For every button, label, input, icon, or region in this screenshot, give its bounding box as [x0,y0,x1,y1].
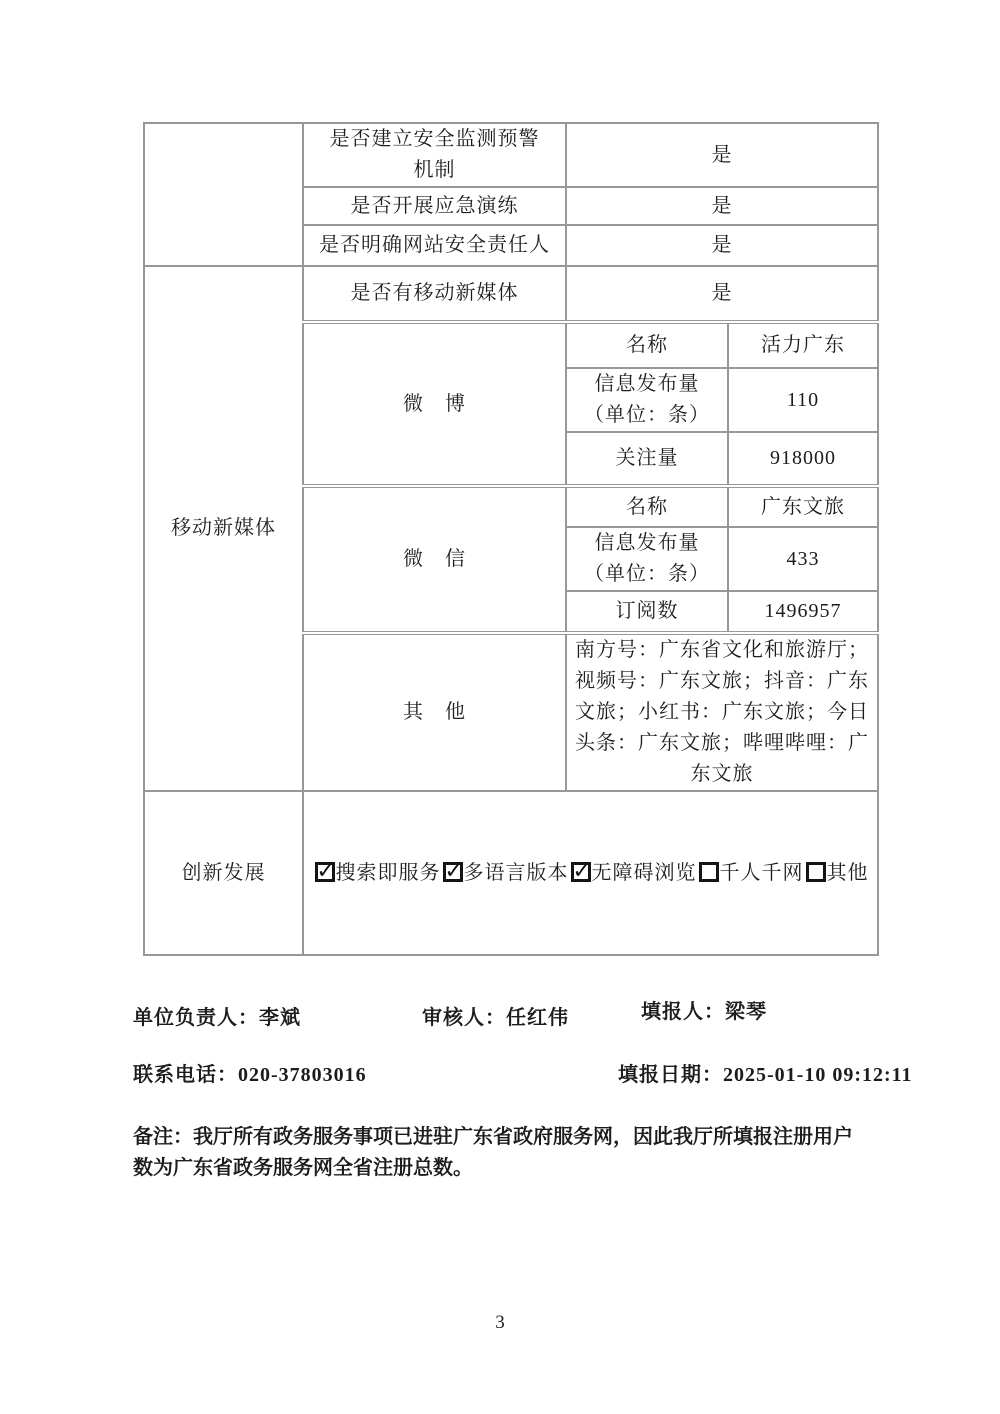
innovation-option: 千人千网 [697,862,804,884]
report-date-label: 填报日期： [618,1064,723,1086]
reviewer-signature: 审核人：任红伟 [422,1001,569,1030]
has-mobile-answer: 是 [566,266,878,322]
checkbox-unchecked-icon [806,862,826,882]
phone-label: 联系电话： [133,1064,238,1086]
innovation-option-label: 千人千网 [720,862,804,884]
other-media-content: 南方号：广东省文化和旅游厅； 视频号：广东文旅；抖音：广东 文旅；小红书：广东文… [566,633,878,791]
filler-signature: 填报人：梁琴 [641,995,767,1024]
wechat-field-name: 订阅数 [566,591,728,633]
reviewer-value: 任红伟 [506,1007,569,1029]
checkbox-checked-icon [443,862,463,882]
checkbox-checked-icon [315,862,335,882]
unit-head-label: 单位负责人： [133,1007,259,1029]
report-table: 是否建立安全监测预警 机制 是 是否开展应急演练 是 是否明确网站安全责任人 是… [143,122,879,956]
weibo-field-value: 918000 [728,432,878,486]
other-media-label: 其 他 [303,633,566,791]
security-question: 是否建立安全监测预警 机制 [303,123,566,187]
wechat-field-value: 广东文旅 [728,486,878,527]
innovation-option-label: 多语言版本 [464,862,569,884]
document-page: 是否建立安全监测预警 机制 是 是否开展应急演练 是 是否明确网站安全责任人 是… [0,0,1000,1414]
wechat-label: 微 信 [303,486,566,633]
unit-head-signature: 单位负责人：李斌 [133,1001,301,1030]
innovation-option: 其他 [804,862,869,884]
wechat-field-name: 名称 [566,486,728,527]
section-mobile-media-label: 移动新媒体 [144,266,303,791]
phone-value: 020-37803016 [238,1064,367,1086]
innovation-option-label: 搜索即服务 [336,862,441,884]
remark-note: 备注：我厅所有政务服务事项已进驻广东省政府服务网，因此我厅所填报注册用户 数为广… [133,1122,893,1184]
innovation-option-label: 其他 [827,862,869,884]
innovation-option: 搜索即服务 [313,862,441,884]
filler-label: 填报人： [641,1001,725,1023]
checkbox-checked-icon [571,862,591,882]
wechat-field-value: 1496957 [728,591,878,633]
report-date: 填报日期：2025-01-10 09:12:11 [618,1058,913,1087]
innovation-option-label: 无障碍浏览 [592,862,697,884]
innovation-options: 搜索即服务多语言版本无障碍浏览千人千网其他 [303,791,878,955]
reviewer-label: 审核人： [422,1007,506,1029]
has-mobile-question: 是否有移动新媒体 [303,266,566,322]
wechat-field-name: 信息发布量 （单位：条） [566,527,728,591]
weibo-field-name: 信息发布量 （单位：条） [566,368,728,432]
security-answer: 是 [566,225,878,266]
filler-value: 梁琴 [725,1001,767,1023]
security-question: 是否开展应急演练 [303,187,566,225]
weibo-field-value: 活力广东 [728,322,878,368]
contact-phone: 联系电话：020-37803016 [133,1058,367,1087]
section-innovation-label: 创新发展 [144,791,303,955]
weibo-field-name: 名称 [566,322,728,368]
innovation-option: 多语言版本 [441,862,569,884]
security-answer: 是 [566,123,878,187]
security-question: 是否明确网站安全责任人 [303,225,566,266]
page-number: 3 [0,1312,1000,1334]
section-blank-cell [144,123,303,266]
checkbox-unchecked-icon [699,862,719,882]
security-answer: 是 [566,187,878,225]
wechat-field-value: 433 [728,527,878,591]
weibo-field-value: 110 [728,368,878,432]
weibo-label: 微 博 [303,322,566,486]
unit-head-value: 李斌 [259,1007,301,1029]
report-date-value: 2025-01-10 09:12:11 [723,1064,913,1086]
innovation-option: 无障碍浏览 [569,862,697,884]
weibo-field-name: 关注量 [566,432,728,486]
